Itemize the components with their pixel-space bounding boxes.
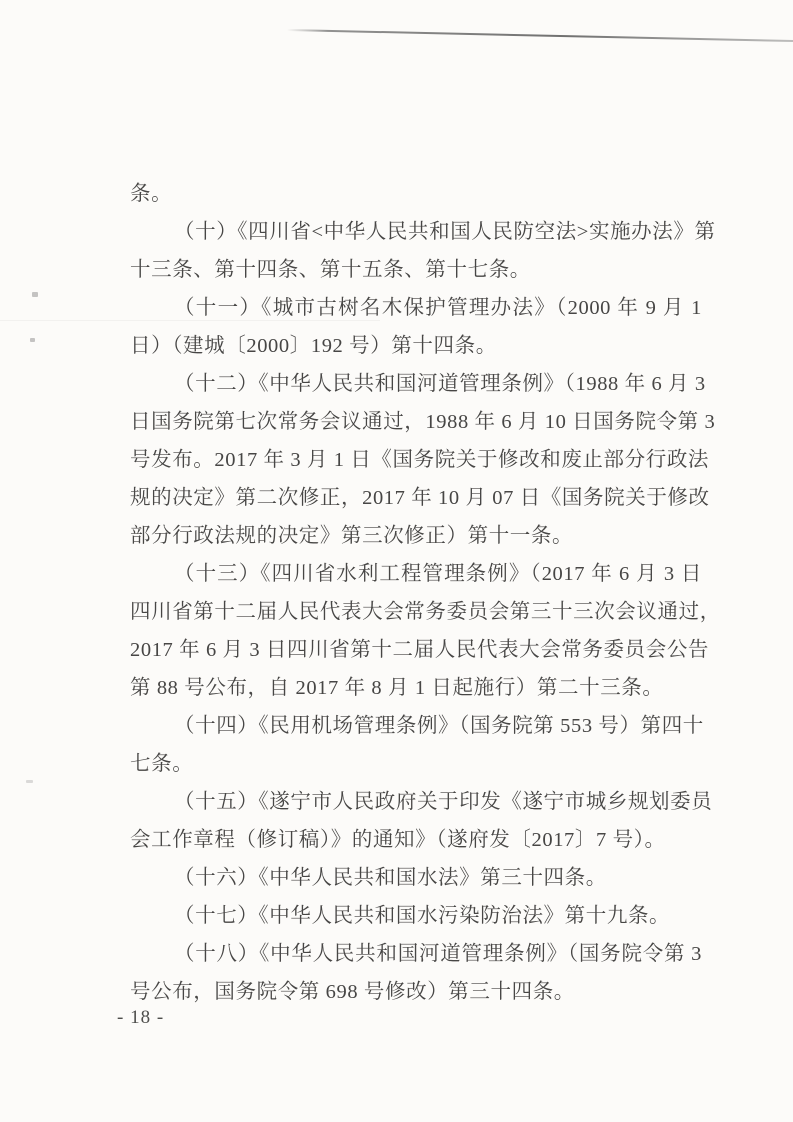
text-line: 2017 年 6 月 3 日四川省第十二届人民代表大会常务委员会公告 [130,631,702,669]
scan-speck [30,338,35,342]
text-line: （十六）《中华人民共和国水法》第三十四条。 [130,859,702,897]
paragraph-item-11: （十一）《城市古树名木保护管理办法》（2000 年 9 月 1日）（建城〔200… [130,289,702,365]
text-line: 部分行政法规的决定》第三次修正）第十一条。 [130,517,702,555]
scanned-document-page: 条。（十）《四川省<中华人民共和国人民防空法>实施办法》第十三条、第十四条、第十… [0,0,793,1122]
scan-speck [26,780,33,783]
paragraph-item-18: （十八）《中华人民共和国河道管理条例》（国务院令第 3号公布，国务院令第 698… [130,935,702,1011]
paragraph-item-17: （十七）《中华人民共和国水污染防治法》第十九条。 [130,897,702,935]
text-line: 十三条、第十四条、第十五条、第十七条。 [130,251,702,289]
text-line: （十八）《中华人民共和国河道管理条例》（国务院令第 3 [130,935,702,973]
paragraph-item-12: （十二）《中华人民共和国河道管理条例》（1988 年 6 月 3日国务院第七次常… [130,365,702,555]
paragraph-item-15: （十五）《遂宁市人民政府关于印发《遂宁市城乡规划委员会工作章程（修订稿）》的通知… [130,783,702,859]
document-text: 条。（十）《四川省<中华人民共和国人民防空法>实施办法》第十三条、第十四条、第十… [130,175,702,1011]
text-line: （十七）《中华人民共和国水污染防治法》第十九条。 [130,897,702,935]
text-line: 四川省第十二届人民代表大会常务委员会第三十三次会议通过， [130,593,702,631]
scan-artifact-line [287,29,793,42]
text-line: （十二）《中华人民共和国河道管理条例》（1988 年 6 月 3 [130,365,702,403]
text-line: 号公布，国务院令第 698 号修改）第三十四条。 [130,973,702,1011]
text-line: 日国务院第七次常务会议通过，1988 年 6 月 10 日国务院令第 3 [130,403,702,441]
text-line: 条。 [130,175,702,213]
text-line: 第 88 号公布，自 2017 年 8 月 1 日起施行）第二十三条。 [130,669,702,707]
paragraph-item-14: （十四）《民用机场管理条例》（国务院第 553 号）第四十七条。 [130,707,702,783]
paragraph-item-10: （十）《四川省<中华人民共和国人民防空法>实施办法》第十三条、第十四条、第十五条… [130,213,702,289]
page-number: - 18 - [117,1005,164,1031]
text-line: 日）（建城〔2000〕192 号）第十四条。 [130,327,702,365]
text-line: （十一）《城市古树名木保护管理办法》（2000 年 9 月 1 [130,289,702,327]
text-line: 号发布。2017 年 3 月 1 日《国务院关于修改和废止部分行政法 [130,441,702,479]
paragraph-continuation: 条。 [130,175,702,213]
text-line: （十五）《遂宁市人民政府关于印发《遂宁市城乡规划委员 [130,783,702,821]
text-line: （十四）《民用机场管理条例》（国务院第 553 号）第四十 [130,707,702,745]
text-line: 会工作章程（修订稿）》的通知》（遂府发〔2017〕7 号）。 [130,821,702,859]
scan-speck [32,292,38,297]
paragraph-item-13: （十三）《四川省水利工程管理条例》（2017 年 6 月 3 日四川省第十二届人… [130,555,702,707]
text-line: 规的决定》第二次修正，2017 年 10 月 07 日《国务院关于修改 [130,479,702,517]
text-line: （十三）《四川省水利工程管理条例》（2017 年 6 月 3 日 [130,555,702,593]
text-line: 七条。 [130,745,702,783]
text-line: （十）《四川省<中华人民共和国人民防空法>实施办法》第 [130,213,702,251]
paragraph-item-16: （十六）《中华人民共和国水法》第三十四条。 [130,859,702,897]
